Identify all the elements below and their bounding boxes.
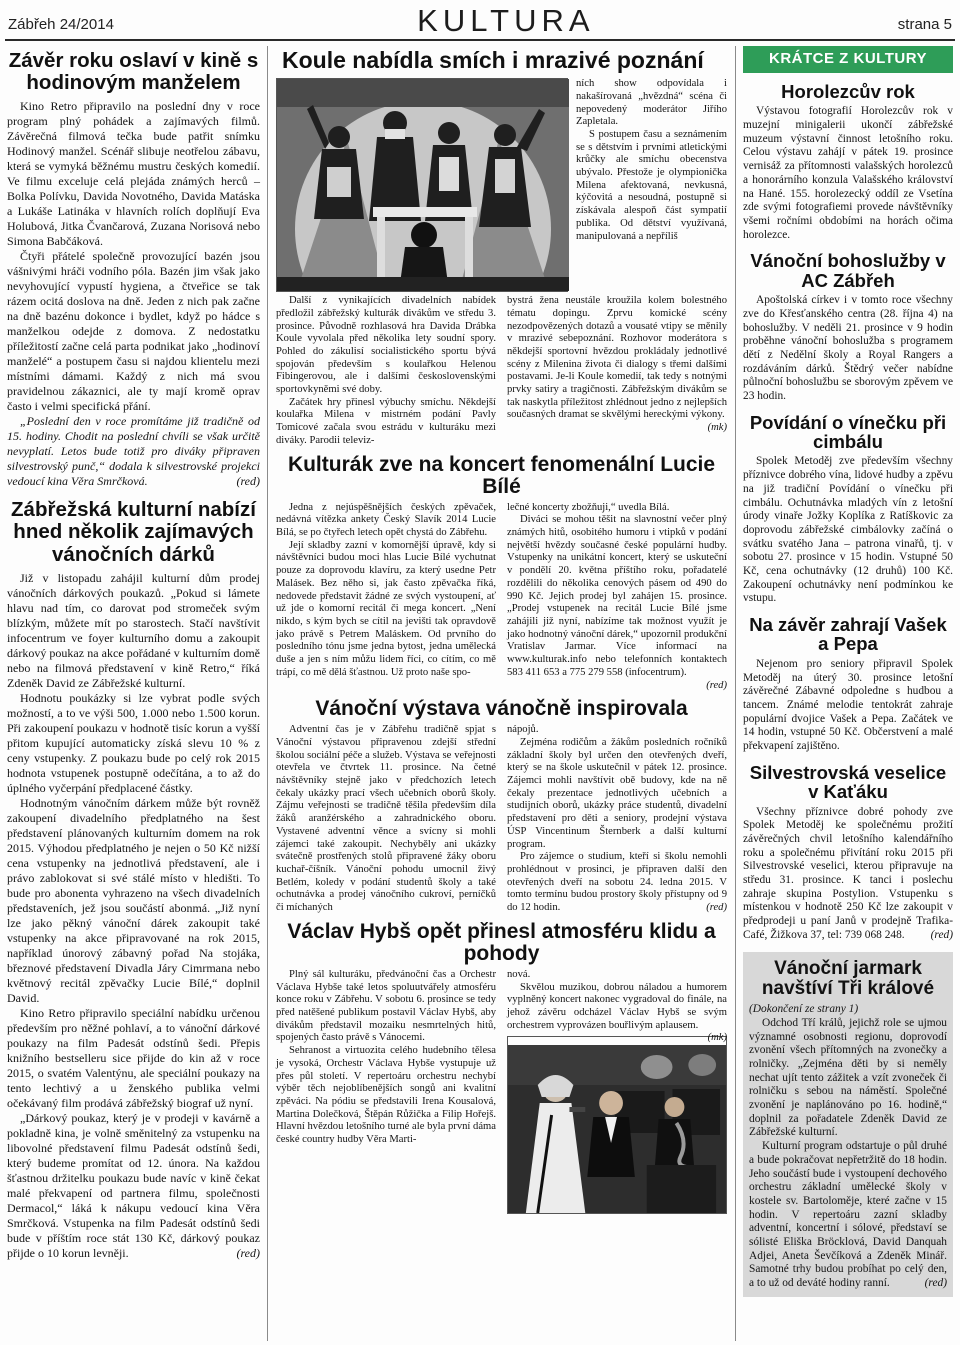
article-title: Vánoční bohoslužby v AC Zábřeh [743,251,953,290]
byline: (red) [685,680,727,693]
article-paragraph: nová. [507,969,727,982]
byline: (red) [215,1246,260,1261]
article-paragraph: Plný sál kulturáku, předvánoční čas a Or… [276,969,496,1045]
byline: (red) [685,902,727,915]
vystava-col-1: Adventní čas je v Zábřehu tradičně spjat… [276,724,496,915]
article-text: Diváci se mohou těšit na slavnostní veče… [507,514,727,677]
byline: (red) [904,1277,947,1291]
article-paragraph: nápojů. [507,724,727,737]
left-column: Závěr roku oslaví v kině s hodinovým man… [5,46,268,1341]
lucie-col-1: Jedna z nejúspěšnějších českých zpěvaček… [276,502,496,693]
article-paragraph: Kino Retro připravilo na poslední dny v … [7,99,260,249]
article-title: Povídání o vínečku při cimbálu [743,413,953,452]
article-title: Zábřežská kulturní nabízí hned několik z… [7,499,260,565]
hybs-orchestra-photo [507,1036,727,1214]
kratce-header: KRÁTCE Z KULTURY [743,46,953,73]
article-paragraph: Hodnotu poukázky si lze vybrat podle svý… [7,691,260,796]
article-paragraph: Apoštolská církev i v tomto roce všechny… [743,294,953,404]
article-paragraph: „Dárkový poukaz, který je v prodeji v ka… [7,1111,260,1261]
article-title: Vánoční výstava vánočně inspirovala [276,698,727,720]
byline: (mk) [700,422,727,435]
article-paragraph: Sehranost a virtuozita celého hudebního … [276,1045,496,1147]
article-paragraph: Odchod Tří králů, jejichž role se ujmou … [749,1017,947,1140]
article-paragraph: „Poslední den v roce promítáme již tradi… [7,414,260,489]
issue-label: Zábřeh 24/2014 [8,16,114,36]
article-title: Na závěr zahrají Vašek a Pepa [743,615,953,654]
article-title: Kulturák zve na koncert fenomenální Luci… [276,454,727,498]
article-paragraph: Pro zájemce o studium, kteří si školu ne… [507,851,727,915]
article-silvestrovska-veselice: Silvestrovská veselice v Kaťáku Všechny … [743,763,953,943]
koule-col-2: bystrá žena neustále kroužila kolem bole… [507,295,727,447]
lucie-text-columns: Jedna z nejúspěšnějších českých zpěvaček… [276,502,727,693]
article-vanocni-darky: Zábřežská kulturní nabízí hned několik z… [7,499,260,1260]
koule-col-1: Další z vynikajících divadelních nabídek… [276,295,496,447]
article-paragraph: Diváci se mohou těšit na slavnostní veče… [507,514,727,679]
article-paragraph: S postupem času a seznámením se s dětstv… [576,129,727,243]
article-vaclav-hybs: Václav Hybš opět přinesl atmosféru klidu… [276,921,727,1214]
right-column: KRÁTCE Z KULTURY Horolezcův rok Výstavou… [736,46,955,1341]
koule-side-text: ních show odpovídala i nakašírovaná „hvě… [576,78,727,292]
article-paragraph: Další z vynikajících divadelních nabídek… [276,295,496,397]
article-paragraph: bystrá žena neustále kroužila kolem bole… [507,295,727,422]
newspaper-page: Zábřeh 24/2014 KULTURA strana 5 Závěr ro… [0,0,960,1345]
article-title: Koule nabídla smích i mrazivé poznání [276,48,727,72]
article-paragraph: Kulturní program odstartuje o půl druhé … [749,1140,947,1291]
article-paragraph: lečné koncerty zbožňuji,“ uvedla Bílá. [507,502,727,515]
lucie-col-2: lečné koncerty zbožňuji,“ uvedla Bílá. D… [507,502,727,693]
article-horolezcuv-rok: Horolezcův rok Výstavou fotografií Horol… [743,82,953,242]
middle-column: Koule nabídla smích i mrazivé poznání [268,46,736,1341]
article-hodinovy-manzel: Závěr roku oslaví v kině s hodinovým man… [7,50,260,489]
page-header: Zábřeh 24/2014 KULTURA strana 5 [5,3,955,41]
vystava-text-columns: Adventní čas je v Zábřehu tradičně spjat… [276,724,727,915]
jarmark-box: Vánoční jarmark navštíví Tři králové (Do… [743,952,953,1296]
article-paragraph: Skvělou muzikou, dobrou náladou a humore… [507,982,727,1033]
hybs-col-1: Plný sál kulturáku, předvánoční čas a Or… [276,969,496,1214]
article-paragraph: Spolek Metoděj zve především všechny pří… [743,455,953,606]
article-title: Horolezcův rok [743,82,953,101]
article-povidani-o-vinecku: Povídání o vínečku při cimbálu Spolek Me… [743,413,953,606]
hybs-text-columns: Plný sál kulturáku, předvánoční čas a Or… [276,969,727,1214]
article-paragraph: Její skladby zazní v komornější úpravě, … [276,540,496,680]
page-columns: Závěr roku oslaví v kině s hodinovým man… [5,46,955,1341]
article-text: bystrá žena neustále kroužila kolem bole… [507,295,727,420]
article-vasek-a-pepa: Na závěr zahrají Vašek a Pepa Nejenom pr… [743,615,953,754]
article-bohosluzby: Vánoční bohoslužby v AC Zábřeh Apoštolsk… [743,251,953,403]
article-title: Václav Hybš opět přinesl atmosféru klidu… [276,921,727,965]
article-paragraph: Již v listopadu zahájil kulturní dům pro… [7,571,260,691]
article-paragraph: Všechny příznivce dobré pohody zve Spole… [743,806,953,943]
article-vanocni-vystava: Vánoční výstava vánočně inspirovala Adve… [276,698,727,915]
article-text: Všechny příznivce dobré pohody zve Spole… [743,806,953,941]
koule-photo-row: ních show odpovídala i nakašírovaná „hvě… [276,78,727,292]
article-paragraph: Zejména rodičům a žákům posledních roční… [507,737,727,851]
article-title: Silvestrovská veselice v Kaťáku [743,763,953,802]
koule-stage-photo [276,78,568,292]
stage-photo-graphic [277,79,569,291]
article-paragraph: Začátek hry přinesl výbuchy smíchu. Někd… [276,397,496,448]
byline: (mk) [687,1032,727,1045]
vystava-col-2: nápojů. Zejména rodičům a žákům poslední… [507,724,727,915]
section-title: KULTURA [417,5,594,36]
article-paragraph: Čtyři přátelé společně provozující bazén… [7,249,260,414]
orchestra-photo-graphic [508,1045,726,1213]
page-number: strana 5 [898,16,952,36]
article-paragraph: Kino Retro připravilo speciální nabídku … [7,1006,260,1111]
article-title: Závěr roku oslaví v kině s hodinovým man… [7,50,260,94]
article-paragraph: ních show odpovídala i nakašírovaná „hvě… [576,78,727,129]
article-text: Skvělou muzikou, dobrou náladou a humore… [507,982,727,1031]
article-paragraph: Nejenom pro seniory připravil Spolek Met… [743,658,953,754]
article-lucie-bila: Kulturák zve na koncert fenomenální Luci… [276,454,727,693]
quote-text: „Dárkový poukaz, který je v prodeji v ka… [7,1111,260,1260]
article-paragraph: Jedna z nejúspěšnějších českých zpěvaček… [276,502,496,540]
article-koule: Koule nabídla smích i mrazivé poznání [276,48,727,448]
article-paragraph: Hodnotným vánočním dárkem může být rovně… [7,796,260,1006]
byline: (red) [910,929,953,943]
continuation-note: (Dokončení ze strany 1) [749,1003,947,1017]
koule-text-columns: Další z vynikajících divadelních nabídek… [276,295,727,447]
article-paragraph: Výstavou fotografií Horolezcův rok v muz… [743,105,953,242]
article-text: Kulturní program odstartuje o půl druhé … [749,1140,947,1289]
article-paragraph: Adventní čas je v Zábřehu tradičně spjat… [276,724,496,915]
byline: (red) [215,474,260,489]
article-title: Vánoční jarmark navštíví Tři králové [749,959,947,999]
hybs-col-2: nová. Skvělou muzikou, dobrou náladou a … [507,969,727,1214]
